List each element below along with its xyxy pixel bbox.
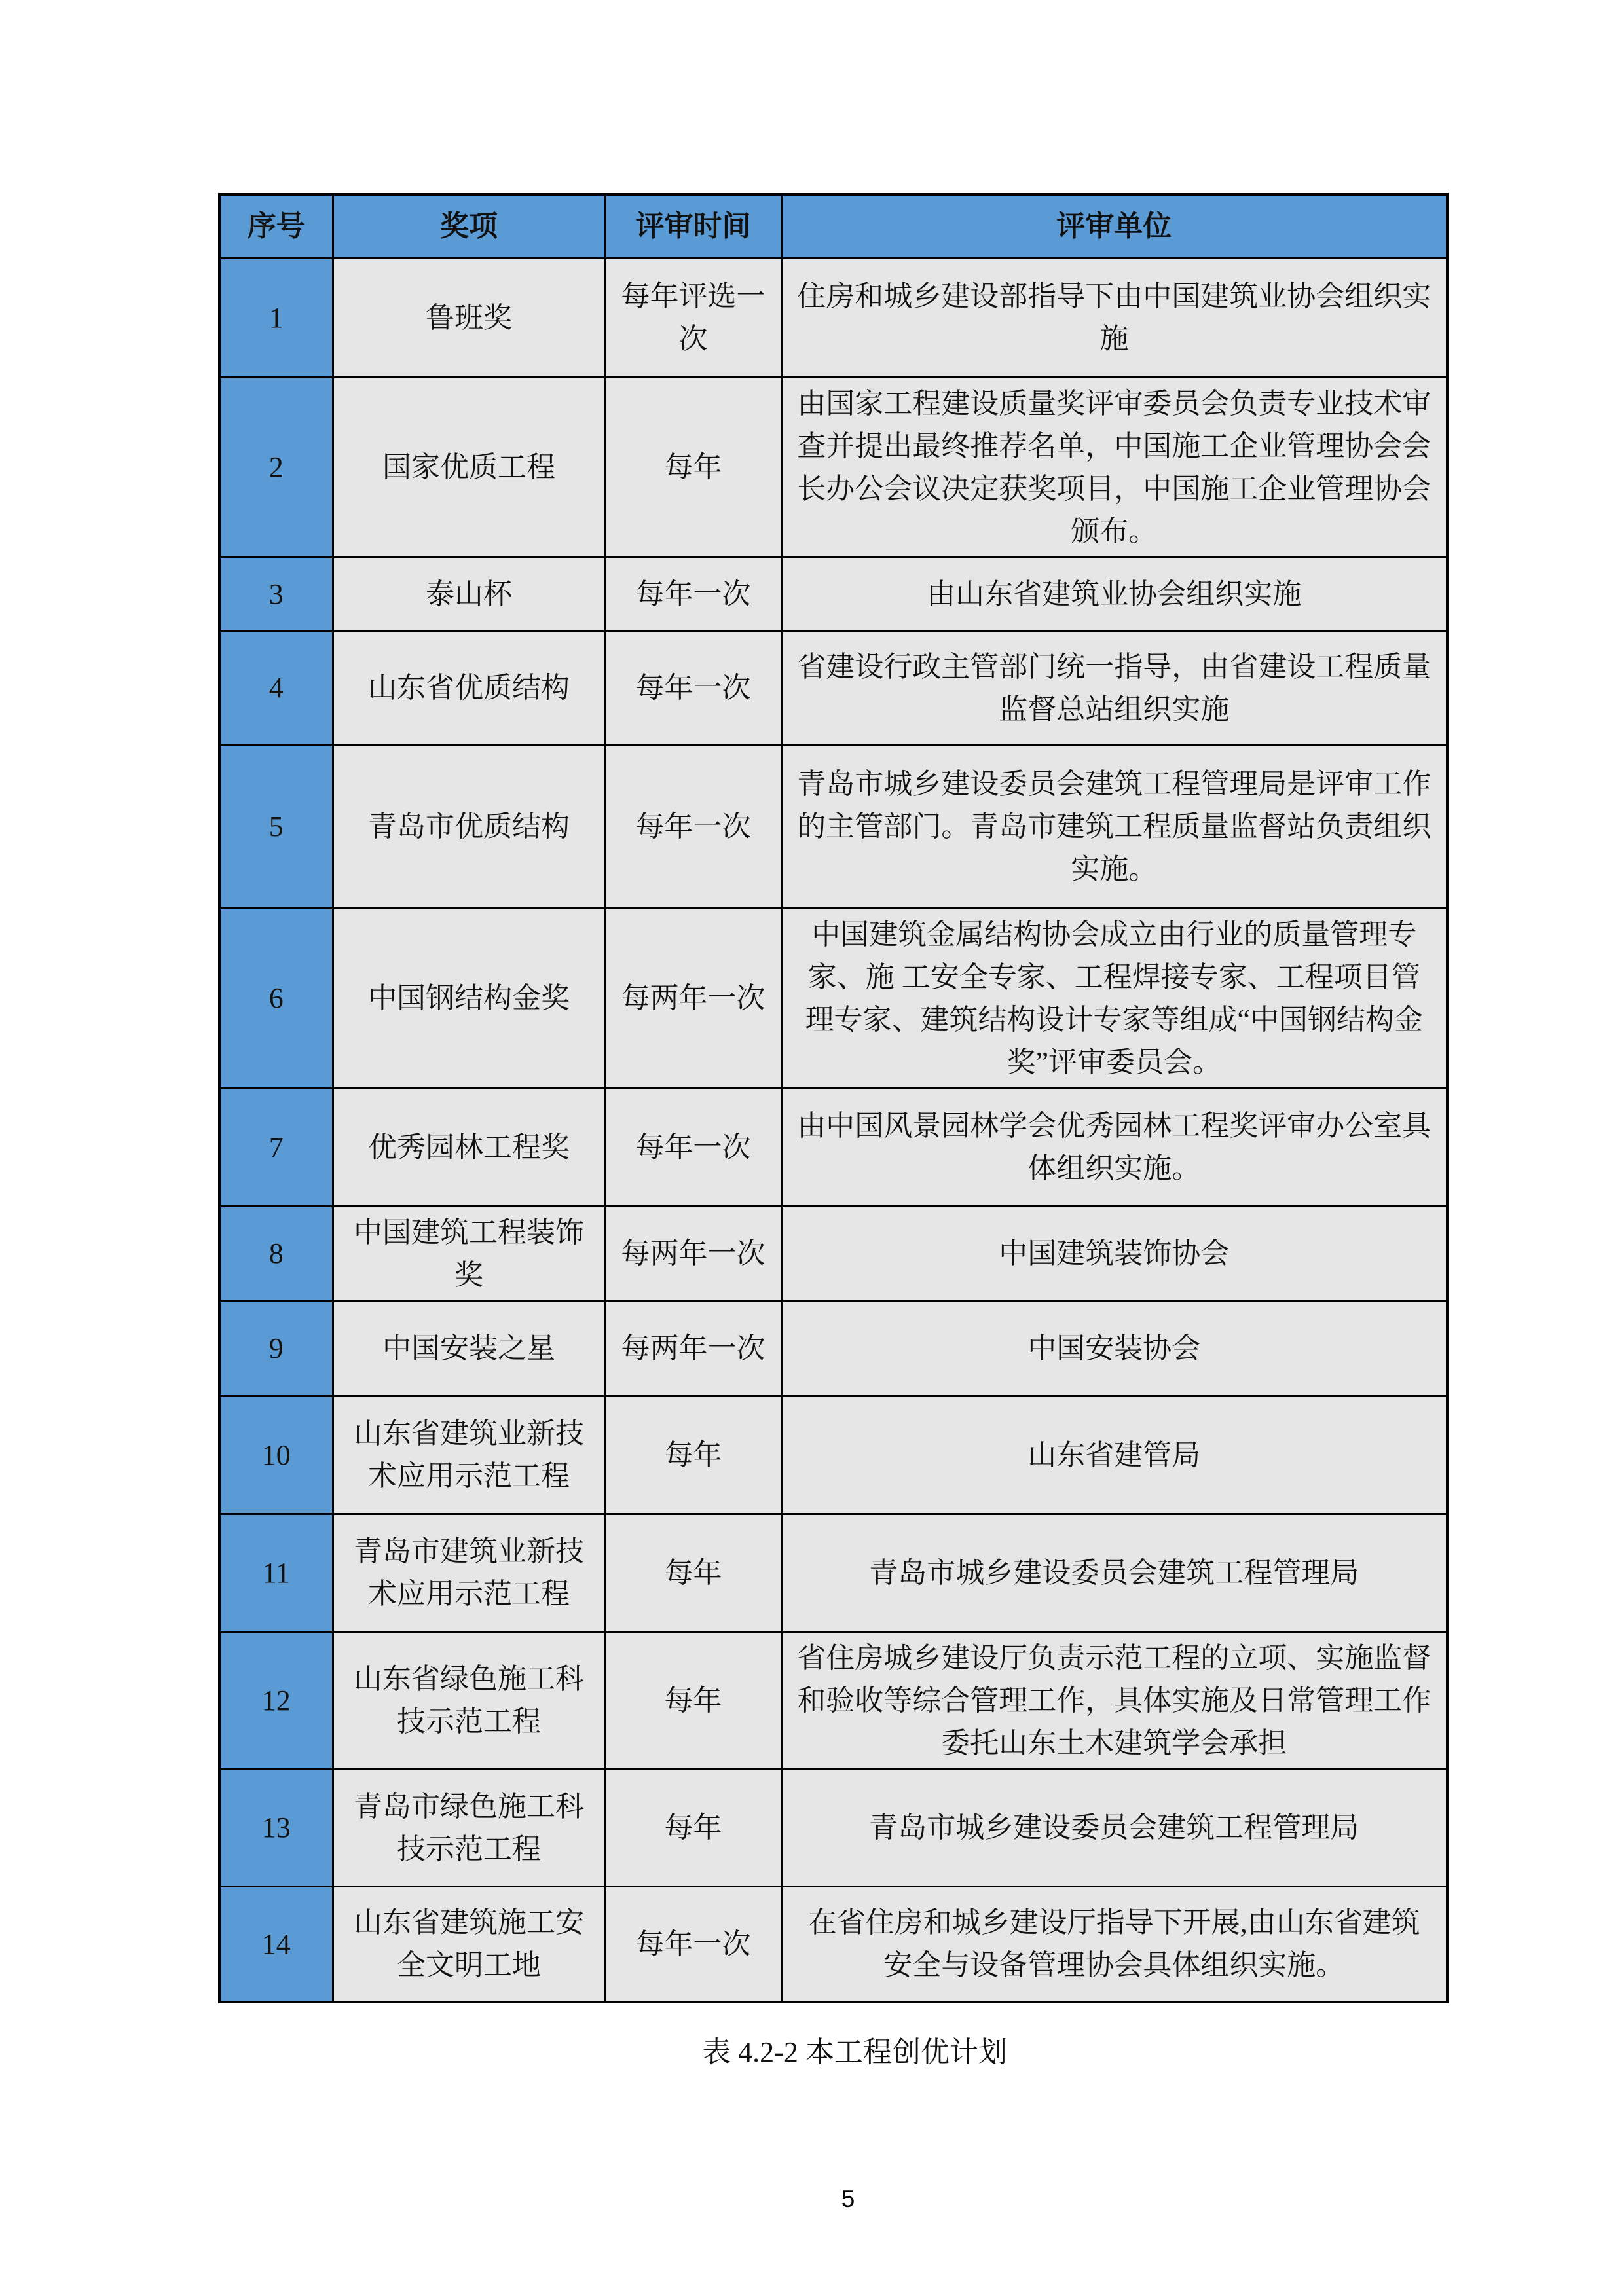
document-page: 序号 奖项 评审时间 评审单位 1 鲁班奖 每年评选一次 住房和城乡建设部指导下… [0,0,1624,2296]
awards-table: 序号 奖项 评审时间 评审单位 1 鲁班奖 每年评选一次 住房和城乡建设部指导下… [218,193,1449,2003]
cell-review-unit: 中国安装协会 [781,1301,1447,1396]
cell-award: 鲁班奖 [333,258,605,377]
cell-index: 14 [219,1886,333,2002]
cell-award: 国家优质工程 [333,377,605,557]
cell-review-unit: 住房和城乡建设部指导下由中国建筑业协会组织实施 [781,258,1447,377]
cell-award: 青岛市绿色施工科技示范工程 [333,1769,605,1886]
table-row: 9 中国安装之星 每两年一次 中国安装协会 [219,1301,1447,1396]
cell-review-time: 每年 [605,1514,781,1631]
cell-review-unit: 省建设行政主管部门统一指导，由省建设工程质量监督总站组织实施 [781,631,1447,744]
cell-award: 青岛市建筑业新技术应用示范工程 [333,1514,605,1631]
table-row: 6 中国钢结构金奖 每两年一次 中国建筑金属结构协会成立由行业的质量管理专家、施… [219,908,1447,1088]
table-caption: 表 4.2-2 本工程创优计划 [0,2028,1624,2070]
cell-award: 山东省建筑施工安全文明工地 [333,1886,605,2002]
table-row: 5 青岛市优质结构 每年一次 青岛市城乡建设委员会建筑工程管理局是评审工作的主管… [219,744,1447,908]
cell-award: 中国安装之星 [333,1301,605,1396]
cell-index: 10 [219,1396,333,1514]
cell-award: 中国建筑工程装饰奖 [333,1206,605,1301]
cell-award: 优秀园林工程奖 [333,1088,605,1206]
cell-review-time: 每年评选一次 [605,258,781,377]
cell-index: 2 [219,377,333,557]
cell-review-unit: 由国家工程建设质量奖评审委员会负责专业技术审查并提出最终推荐名单，中国施工企业管… [781,377,1447,557]
table-row: 11 青岛市建筑业新技术应用示范工程 每年 青岛市城乡建设委员会建筑工程管理局 [219,1514,1447,1631]
header-cell-review-time: 评审时间 [605,194,781,258]
cell-index: 8 [219,1206,333,1301]
table-row: 7 优秀园林工程奖 每年一次 由中国风景园林学会优秀园林工程奖评审办公室具体组织… [219,1088,1447,1206]
cell-award: 山东省建筑业新技术应用示范工程 [333,1396,605,1514]
table-row: 3 泰山杯 每年一次 由山东省建筑业协会组织实施 [219,557,1447,631]
cell-review-unit: 由山东省建筑业协会组织实施 [781,557,1447,631]
cell-review-time: 每年一次 [605,744,781,908]
cell-index: 4 [219,631,333,744]
table-row: 2 国家优质工程 每年 由国家工程建设质量奖评审委员会负责专业技术审查并提出最终… [219,377,1447,557]
cell-award: 中国钢结构金奖 [333,908,605,1088]
cell-index: 7 [219,1088,333,1206]
table-row: 10 山东省建筑业新技术应用示范工程 每年 山东省建管局 [219,1396,1447,1514]
cell-review-time: 每年 [605,1631,781,1769]
cell-review-time: 每两年一次 [605,1301,781,1396]
cell-award: 泰山杯 [333,557,605,631]
table-row: 13 青岛市绿色施工科技示范工程 每年 青岛市城乡建设委员会建筑工程管理局 [219,1769,1447,1886]
cell-review-time: 每年一次 [605,1088,781,1206]
cell-review-time: 每两年一次 [605,908,781,1088]
cell-review-unit: 中国建筑金属结构协会成立由行业的质量管理专家、施 工安全专家、工程焊接专家、工程… [781,908,1447,1088]
cell-index: 1 [219,258,333,377]
table-row: 1 鲁班奖 每年评选一次 住房和城乡建设部指导下由中国建筑业协会组织实施 [219,258,1447,377]
table-row: 12 山东省绿色施工科技示范工程 每年 省住房城乡建设厅负责示范工程的立项、实施… [219,1631,1447,1769]
cell-index: 12 [219,1631,333,1769]
cell-review-time: 每两年一次 [605,1206,781,1301]
page-number: 5 [0,2185,1624,2213]
cell-review-unit: 山东省建管局 [781,1396,1447,1514]
cell-index: 6 [219,908,333,1088]
header-cell-index: 序号 [219,194,333,258]
cell-index: 11 [219,1514,333,1631]
cell-review-time: 每年 [605,377,781,557]
cell-index: 3 [219,557,333,631]
header-cell-review-unit: 评审单位 [781,194,1447,258]
table-header-row: 序号 奖项 评审时间 评审单位 [219,194,1447,258]
cell-award: 山东省绿色施工科技示范工程 [333,1631,605,1769]
cell-award: 山东省优质结构 [333,631,605,744]
cell-review-unit: 由中国风景园林学会优秀园林工程奖评审办公室具体组织实施。 [781,1088,1447,1206]
cell-index: 13 [219,1769,333,1886]
cell-index: 5 [219,744,333,908]
cell-review-time: 每年一次 [605,557,781,631]
cell-review-time: 每年一次 [605,631,781,744]
table-row: 14 山东省建筑施工安全文明工地 每年一次 在省住房和城乡建设厅指导下开展,由山… [219,1886,1447,2002]
cell-review-time: 每年 [605,1396,781,1514]
cell-award: 青岛市优质结构 [333,744,605,908]
cell-review-time: 每年一次 [605,1886,781,2002]
cell-review-unit: 省住房城乡建设厅负责示范工程的立项、实施监督和验收等综合管理工作，具体实施及日常… [781,1631,1447,1769]
table-row: 4 山东省优质结构 每年一次 省建设行政主管部门统一指导，由省建设工程质量监督总… [219,631,1447,744]
cell-review-unit: 中国建筑装饰协会 [781,1206,1447,1301]
cell-review-unit: 青岛市城乡建设委员会建筑工程管理局是评审工作的主管部门。青岛市建筑工程质量监督站… [781,744,1447,908]
header-cell-award: 奖项 [333,194,605,258]
table-row: 8 中国建筑工程装饰奖 每两年一次 中国建筑装饰协会 [219,1206,1447,1301]
cell-review-unit: 青岛市城乡建设委员会建筑工程管理局 [781,1514,1447,1631]
cell-review-time: 每年 [605,1769,781,1886]
cell-review-unit: 在省住房和城乡建设厅指导下开展,由山东省建筑安全与设备管理协会具体组织实施。 [781,1886,1447,2002]
cell-review-unit: 青岛市城乡建设委员会建筑工程管理局 [781,1769,1447,1886]
cell-index: 9 [219,1301,333,1396]
